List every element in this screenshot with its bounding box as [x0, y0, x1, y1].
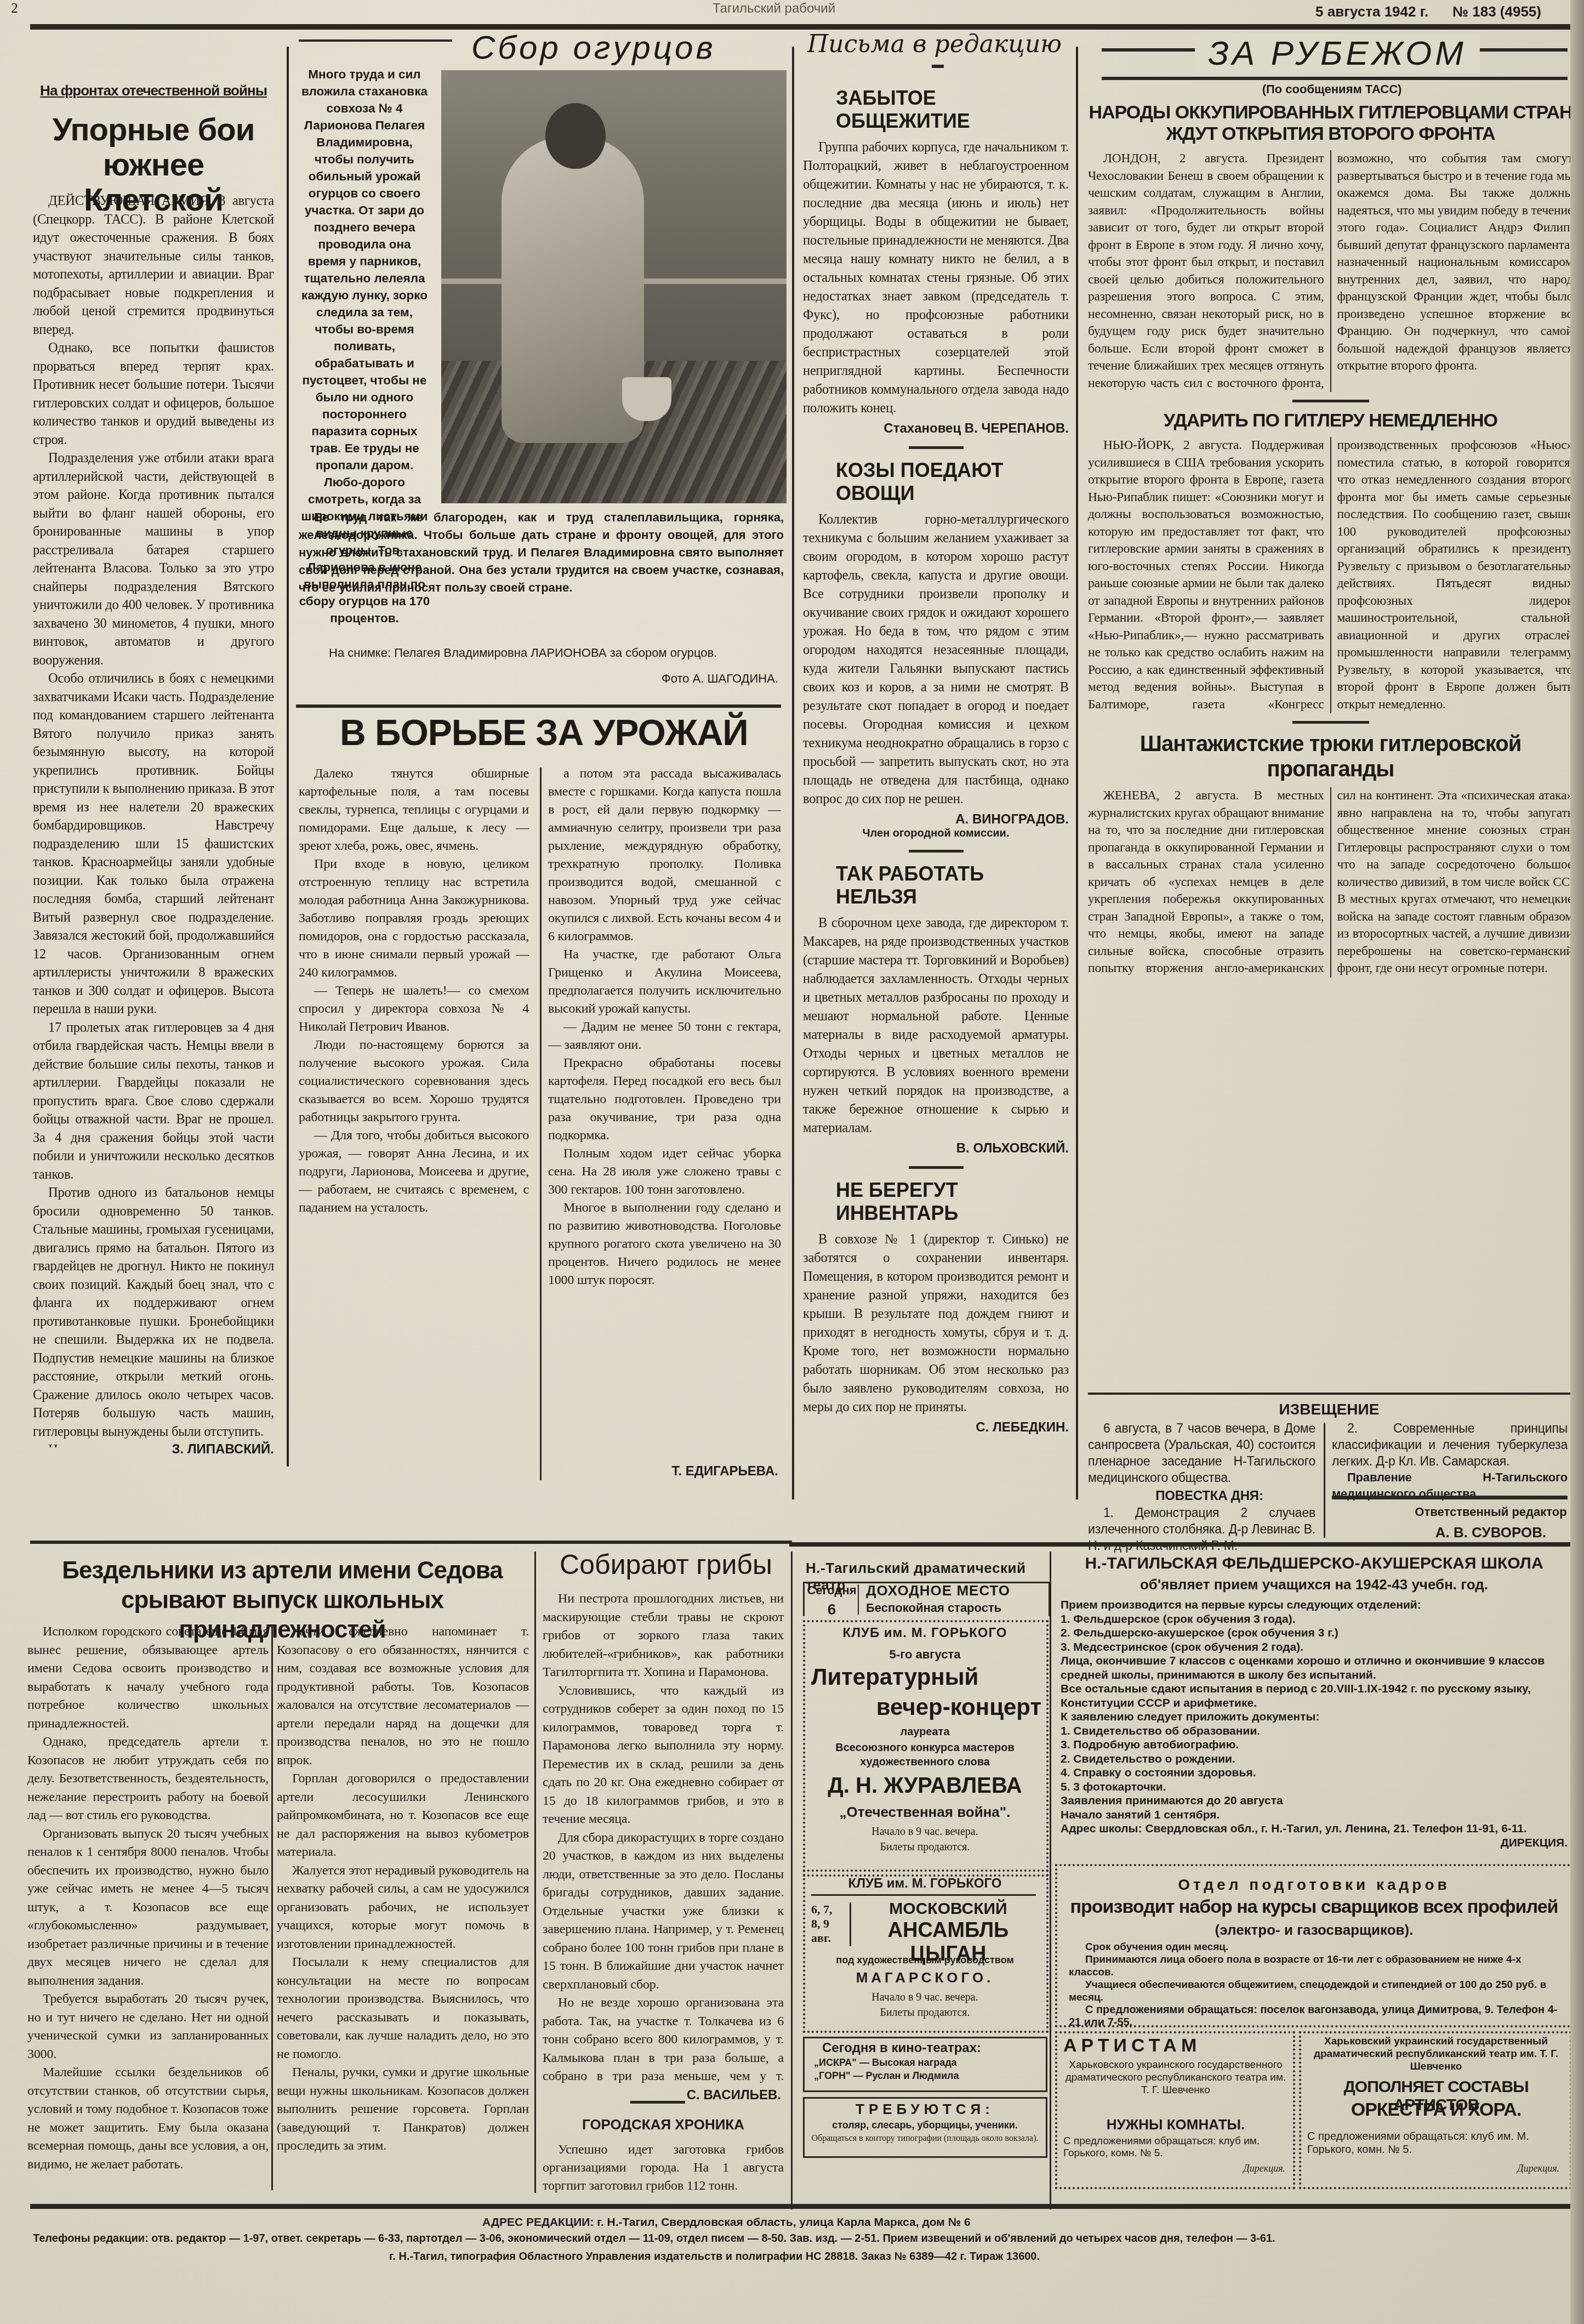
paragraph: При входе в новую, целиком отстроенную т…: [299, 855, 529, 982]
concert-club: КЛУБ им. М. ГОРЬКОГО: [806, 1626, 1044, 1641]
paragraph: Люди по-настоящему борются за получение …: [299, 1036, 529, 1127]
paragraph: Требуется выработать 20 тысяч ручек, но …: [27, 1990, 269, 2064]
gypsy-director: МАГАРСКОГО.: [806, 1969, 1044, 1986]
school-body: Прием производится на первые курсы следу…: [1061, 1598, 1568, 1850]
paragraph: Но не везде хорошо организована эта рабо…: [543, 1994, 784, 2083]
kharkov-signature: Дирекция.: [1307, 2163, 1559, 2174]
paragraph: Ни пестрота прошлогодних листьев, ни мас…: [543, 1590, 784, 1682]
artists-need: НУЖНЫ КОМНАТЫ.: [1063, 2116, 1288, 2133]
page-edge: [1570, 0, 1584, 2324]
school-intro: Прием производится на первые курсы следу…: [1061, 1598, 1568, 1612]
school-p2: Все остальные сдают испытания в период с…: [1061, 1682, 1568, 1710]
paragraph: Против одного из батальонов немцы бросил…: [33, 1184, 274, 1441]
paragraph: Условившись, что каждый из сотрудников с…: [543, 1682, 784, 1829]
concert-start: Начало в 9 час. вечера.: [806, 1826, 1044, 1838]
notice-intro-text: 6 августа, в 7 часов вечера, в Доме санп…: [1088, 1420, 1315, 1486]
artists-signature: Дирекция.: [1063, 2163, 1285, 2174]
school-dept-3: 3. Медсестринское (срок обучения 2 года)…: [1061, 1640, 1568, 1655]
paragraph: Организовать выпуск 20 тысяч учебных пен…: [27, 1825, 269, 1991]
paragraph: Для сбора дикорастущих в торге создано 2…: [543, 1829, 784, 1995]
agenda-title: ПОВЕСТКА ДНЯ:: [1088, 1488, 1315, 1504]
footer-address: АДРЕС РЕДАКЦИИ: г. Н.-Тагил, Свердловска…: [482, 2216, 1304, 2229]
paragraph: почти ежедневно напоминает т. Козопасову…: [277, 1623, 529, 1770]
artists-contact: С предложениями обращаться: клуб им. Гор…: [1063, 2135, 1288, 2160]
wanted-title: ТРЕБУЮТСЯ:: [806, 2101, 1044, 2118]
school-doc-2: 3. Подробную автобиографию.: [1061, 1738, 1568, 1752]
theater-divider: [858, 1584, 859, 1615]
abroad-headline: Шантажистские трюки гитлеровской пропага…: [1088, 731, 1573, 782]
welders-line3: (электро- и газосварщиков).: [1058, 1922, 1570, 1939]
kharkov-line1: Харьковский украинский государственный д…: [1307, 2035, 1565, 2073]
welders-line2: производит набор на курсы сварщиков всех…: [1058, 1897, 1570, 1917]
footer-phones: Телефоны редакции: отв. редактор — 1-97,…: [33, 2232, 1573, 2245]
concert-line2: вечер-концерт: [811, 1694, 1041, 1720]
abroad-body: ЖЕНЕВА, 2 августа. В местных журналистск…: [1088, 787, 1573, 978]
section-header-front: На фронтах отечественной войны: [33, 82, 274, 99]
sedov-column-a: Исполком городского совета еще 14 мая вы…: [27, 1623, 269, 2193]
paragraph: а потом эта рассада высаживалась вместе …: [548, 765, 781, 946]
welders-term: Срок обучения один месяц.: [1069, 1941, 1562, 1953]
column-divider: [287, 47, 289, 1467]
gypsy-rule: [811, 1894, 1036, 1896]
concert-performer: Д. Н. ЖУРАВЛЕВА: [806, 1774, 1044, 1798]
cucumber-rule: [299, 39, 452, 42]
school-signature: ДИРЕКЦИЯ.: [1061, 1836, 1568, 1850]
article-separator: [909, 1166, 964, 1169]
school-dept-1: 1. Фельдшерское (срок обучения 3 года).: [1061, 1612, 1568, 1627]
kharkov-headline2: ОРКЕСТРА И ХОРА.: [1307, 2100, 1565, 2120]
paper-name: Тагильский рабочий: [713, 1, 835, 16]
letter-signature: А. ВИНОГРАДОВ.: [803, 812, 1069, 827]
article-separator: [1292, 721, 1369, 724]
paragraph: На участке, где работают Ольга Грищенко …: [548, 946, 781, 1018]
school-address: Адрес школы: Свердловская обл., г. Н.-Та…: [1061, 1822, 1568, 1836]
artists-text: Харьковского украинского государственног…: [1063, 2059, 1288, 2096]
school-dept-2: 2. Фельдшерско-акушерское (срок обучения…: [1061, 1626, 1568, 1640]
column-divider: [1324, 1423, 1325, 1538]
paragraph: Далеко тянутся обширные картофельные пол…: [299, 765, 529, 855]
page-number: 2: [11, 0, 33, 16]
issue-date: 5 августа 1942 г.: [1315, 3, 1428, 20]
article-body-kletskaya: ДЕЙСТВУЮЩАЯ АРМИЯ, 3 августа (Спецкорр. …: [33, 192, 274, 1447]
gypsy-start: Начало в 9 час. вечера.: [806, 1991, 1044, 2004]
paragraph: Особо отличились в боях с немецкими захв…: [33, 669, 274, 1019]
cinema-listing-2: „ГОРН" — Руслан и Людмила: [814, 2070, 1039, 2082]
paragraph: Прекрасно обработаны посевы картофеля. П…: [548, 1054, 781, 1145]
abroad-headline: УДАРИТЬ ПО ГИТЛЕРУ НЕМЕДЛЕННО: [1088, 410, 1573, 431]
paragraph: Малейшие ссылки бездельников об отсутств…: [27, 2064, 269, 2174]
agenda-item-2: 2. Современные принципы классификации и …: [1332, 1420, 1568, 1469]
photo-credit: Фото А. ШАГОДИНА.: [329, 672, 778, 686]
harvest-column-a: Далеко тянутся обширные картофельные пол…: [299, 765, 529, 1483]
section-title-abroad: ЗА РУБЕЖОМ: [1195, 34, 1480, 73]
signature-edigaryeva: Т. ЕДИГАРЬЕВА.: [548, 1464, 778, 1479]
newspaper-page: 2 Тагильский рабочий 5 августа 1942 г. №…: [0, 0, 1584, 2324]
notice-title: ИЗВЕЩЕНИЕ: [1088, 1401, 1570, 1418]
cucumber-bottom-text: Ее труд так же благороден, как и труд ст…: [299, 509, 784, 596]
column-divider: [791, 1552, 793, 2209]
cinema-listing-1: „ИСКРА" — Высокая награда: [814, 2057, 1039, 2069]
concert-program: „Отечественная война".: [806, 1804, 1044, 1821]
signature-lipavsky: З. ЛИПАВСКИЙ.: [33, 1442, 274, 1457]
wanted-contact: Обращаться в контору типографии (площадь…: [806, 2134, 1044, 2144]
abroad-rule-bottom: [1102, 77, 1568, 80]
welders-contact: С предложениями обращаться: поселок ваго…: [1069, 2004, 1562, 2029]
headline-mushrooms: Собирают грибы: [543, 1549, 789, 1581]
theater-play-6: Беспокойная старость: [866, 1601, 1047, 1615]
abroad-column: НАРОДЫ ОККУПИРОВАННЫХ ГИТЛЕРОВЦАМИ СТРАН…: [1088, 99, 1573, 1382]
editor-label: Ответственный редактор: [1414, 1505, 1568, 1519]
paragraph: Исполком городского совета еще 14 мая вы…: [27, 1623, 269, 1733]
paragraph: ДЕЙСТВУЮЩАЯ АРМИЯ, 3 августа (Спецкорр. …: [33, 192, 274, 339]
sedov-column-b: почти ежедневно напоминает т. Козопасову…: [277, 1623, 529, 2193]
photo-woman-head: [545, 103, 606, 169]
gypsy-date-3: авг.: [811, 1931, 850, 1945]
article-separator: [909, 446, 964, 449]
abroad-body: ЛОНДОН, 2 августа. Президент Чехословаки…: [1088, 150, 1573, 392]
gypsy-tickets: Билеты продаются.: [806, 2007, 1044, 2019]
chronicle-rule: [630, 2101, 685, 2104]
theater-date-6: 6: [806, 1601, 858, 1618]
issue-number: № 183 (4955): [1452, 3, 1541, 20]
concert-date: 5-го августа: [806, 1647, 1044, 1662]
paragraph: — Дадим не менее 50 тонн с гектара, — за…: [548, 1018, 781, 1054]
notice-rule: [1088, 1393, 1570, 1395]
welders-p1: Принимаются лица обоего пола в возрасте …: [1069, 1953, 1562, 1979]
letter-headline: ЗАБЫТОЕ ОБЩЕЖИТИЕ: [836, 87, 1069, 133]
school-start: Начало занятий 1 сентября.: [1061, 1808, 1568, 1822]
footer-printer: г. Н.-Тагил, типография Областного Управ…: [389, 2251, 1321, 2263]
chronicle-text: Успешно идет заготовка грибов организаци…: [543, 2141, 784, 2195]
article-separator: [909, 850, 964, 853]
letters-column: ЗАБЫТОЕ ОБЩЕЖИТИЕГруппа рабочих корпуса,…: [803, 82, 1069, 1497]
paragraph: Пеналы, ручки, сумки и другие школьные в…: [277, 2064, 529, 2156]
theater-play-today: ДОХОДНОЕ МЕСТО: [866, 1582, 1047, 1599]
gypsy-date-1: 6, 7,: [811, 1902, 850, 1917]
gypsy-direction: под художественным руководством: [806, 1954, 1044, 1966]
paragraph: Горплан договорился о предоставлении арт…: [277, 1770, 529, 1862]
photo-caption: На снимке: Пелагея Владимировна ЛАРИОНОВ…: [329, 646, 784, 660]
letter-body: Группа рабочих корпуса, где начальником …: [803, 138, 1069, 418]
column-divider: [1050, 1552, 1051, 2209]
letters-dash: [932, 65, 944, 68]
school-doc-3: 2. Свидетельство о рождении.: [1061, 1752, 1568, 1766]
section-rule: [789, 1542, 1573, 1547]
cinema-title: Сегодня в кино-театрах:: [822, 2041, 1041, 2056]
section-rule: [30, 1541, 792, 1544]
school-title: Н.-ТАГИЛЬСКАЯ ФЕЛЬДШЕРСКО-АКУШЕРСКАЯ ШКО…: [1058, 1554, 1570, 1573]
masthead-rule: [30, 24, 1576, 30]
paragraph: — Для того, чтобы добиться высокого урож…: [299, 1127, 529, 1217]
paragraph: Посылали к нему специалистов для консуль…: [277, 1953, 529, 2064]
artists-title: АРТИСТАМ: [1063, 2035, 1288, 2056]
school-docs-title: К заявлению следует приложить документы:: [1061, 1710, 1568, 1724]
paragraph: Многое в выполнении году сделано и по ра…: [548, 1199, 781, 1289]
letter-headline: ТАК РАБОТАТЬ НЕЛЬЗЯ: [836, 862, 1069, 908]
letter-signature: Стахановец В. ЧЕРЕПАНОВ.: [803, 421, 1069, 436]
article-separator: [1292, 400, 1369, 402]
notice-intro: 6 августа, в 7 часов вечера, в Доме санп…: [1088, 1420, 1315, 1554]
paragraph: Жалуется этот нерадивый руководитель на …: [277, 1862, 529, 1954]
abroad-source: (По сообщениям ТАСС): [1091, 82, 1573, 96]
column-divider: [271, 1626, 273, 2190]
school-doc-4: 4. Справку о состоянии здоровья.: [1061, 1766, 1568, 1780]
gypsy-date-2: 8, 9: [811, 1917, 850, 1931]
harvest-rule: [296, 704, 781, 708]
gypsy-dates: 6, 7, 8, 9 авг.: [811, 1902, 850, 1945]
feature-title-cucumbers: Сбор огурцов: [471, 29, 716, 66]
school-deadline: Заявления принимаются до 20 августа: [1061, 1794, 1568, 1808]
abroad-headline: НАРОДЫ ОККУПИРОВАННЫХ ГИТЛЕРОВЦАМИ СТРАН…: [1088, 102, 1573, 145]
concert-laureate: лауреата: [806, 1726, 1044, 1738]
editor-name: А. В. СУВОРОВ.: [1414, 1524, 1568, 1541]
photo-bucket: [622, 377, 671, 421]
footer-rule: [30, 2204, 1573, 2209]
gypsy-line1: МОСКОВСКИЙ: [855, 1900, 1041, 1918]
letter-headline: НЕ БЕРЕГУТ ИНВЕНТАРЬ: [836, 1179, 1069, 1225]
column-divider: [540, 768, 542, 1480]
letter-body: В сборочном цехе завода, где директором …: [803, 914, 1069, 1138]
editor-rule: [1332, 1496, 1568, 1499]
section-title-letters: Письма в редакцию: [800, 30, 1069, 58]
paragraph: 17 пролетых атак гитлеровцев за 4 дня от…: [33, 1019, 274, 1184]
headline-harvest: В БОРЬБЕ ЗА УРОЖАЙ: [296, 713, 756, 753]
letter-body: В совхозе № 1 (директор т. Синько) не за…: [803, 1230, 1069, 1417]
chronicle-title: ГОРОДСКАЯ ХРОНИКА: [543, 2116, 784, 2133]
photo-cucumber-harvest: [441, 70, 787, 503]
welders-body: Срок обучения один месяц. Принимаются ли…: [1069, 1941, 1562, 2029]
school-p1: Лица, окончившие 7 классов с оценками хо…: [1061, 1654, 1568, 1682]
concert-line1: Литературный: [811, 1664, 1044, 1690]
gypsy-divider: [850, 1902, 851, 1946]
school-doc-5: 5. 3 фотокарточки.: [1061, 1780, 1568, 1794]
concert-contest: Всесоюзного конкурса мастеров художестве…: [806, 1741, 1044, 1769]
paragraph: — Теперь не шалеть!— со смехом спросил у…: [299, 982, 529, 1036]
school-subtitle: об'являет прием учащихся на 1942-43 учеб…: [1058, 1576, 1570, 1593]
gypsy-club: КЛУБ им. М. ГОРЬКОГО: [806, 1876, 1044, 1891]
notice-agenda-2: 2. Современные принципы классификации и …: [1332, 1420, 1568, 1502]
letter-signature: В. ОЛЬХОВСКИЙ.: [803, 1141, 1069, 1156]
column-divider: [1076, 47, 1078, 1499]
welders-p2: Учащиеся обеспечиваются общежитием, спец…: [1069, 1979, 1562, 2004]
paragraph: Однако, председатель артели т. Козопасов…: [27, 1733, 269, 1825]
abroad-body: НЬЮ-ЙОРК, 2 августа. Поддерживая усиливш…: [1088, 437, 1573, 713]
letter-body: Коллектив горно-металлургического техник…: [803, 510, 1069, 809]
concert-tickets: Билеты продаются.: [806, 1841, 1044, 1854]
harvest-column-b: а потом эта рассада высаживалась вместе …: [548, 765, 781, 1461]
letter-signature: С. ЛЕБЕДКИН.: [803, 1420, 1069, 1435]
school-doc-1: 1. Свидетельство об образовании.: [1061, 1724, 1568, 1738]
letter-signature-role: Член огородной комиссии.: [803, 827, 1069, 840]
mushrooms-body: Ни пестрота прошлогодних листьев, ни мас…: [543, 1590, 784, 2083]
paragraph: Однако, все попытки фашистов прорваться …: [33, 339, 274, 449]
welders-line1: Отдел подготовки кадров: [1058, 1876, 1570, 1894]
letter-headline: КОЗЫ ПОЕДАЮТ ОВОЩИ: [836, 459, 1069, 505]
kharkov-contact: С предложениями обращаться: клуб им. М. …: [1307, 2130, 1565, 2156]
theater-today-label: Сегодня: [806, 1583, 858, 1598]
column-divider: [792, 47, 794, 1499]
paragraph: Полным ходом идет сейчас уборка сена. На…: [548, 1145, 781, 1199]
paragraph: Подразделения уже отбили атаки врага арт…: [33, 449, 274, 669]
wanted-jobs: столяр, слесарь, уборщицы, ученики.: [806, 2120, 1044, 2131]
column-divider: [534, 1552, 536, 2193]
